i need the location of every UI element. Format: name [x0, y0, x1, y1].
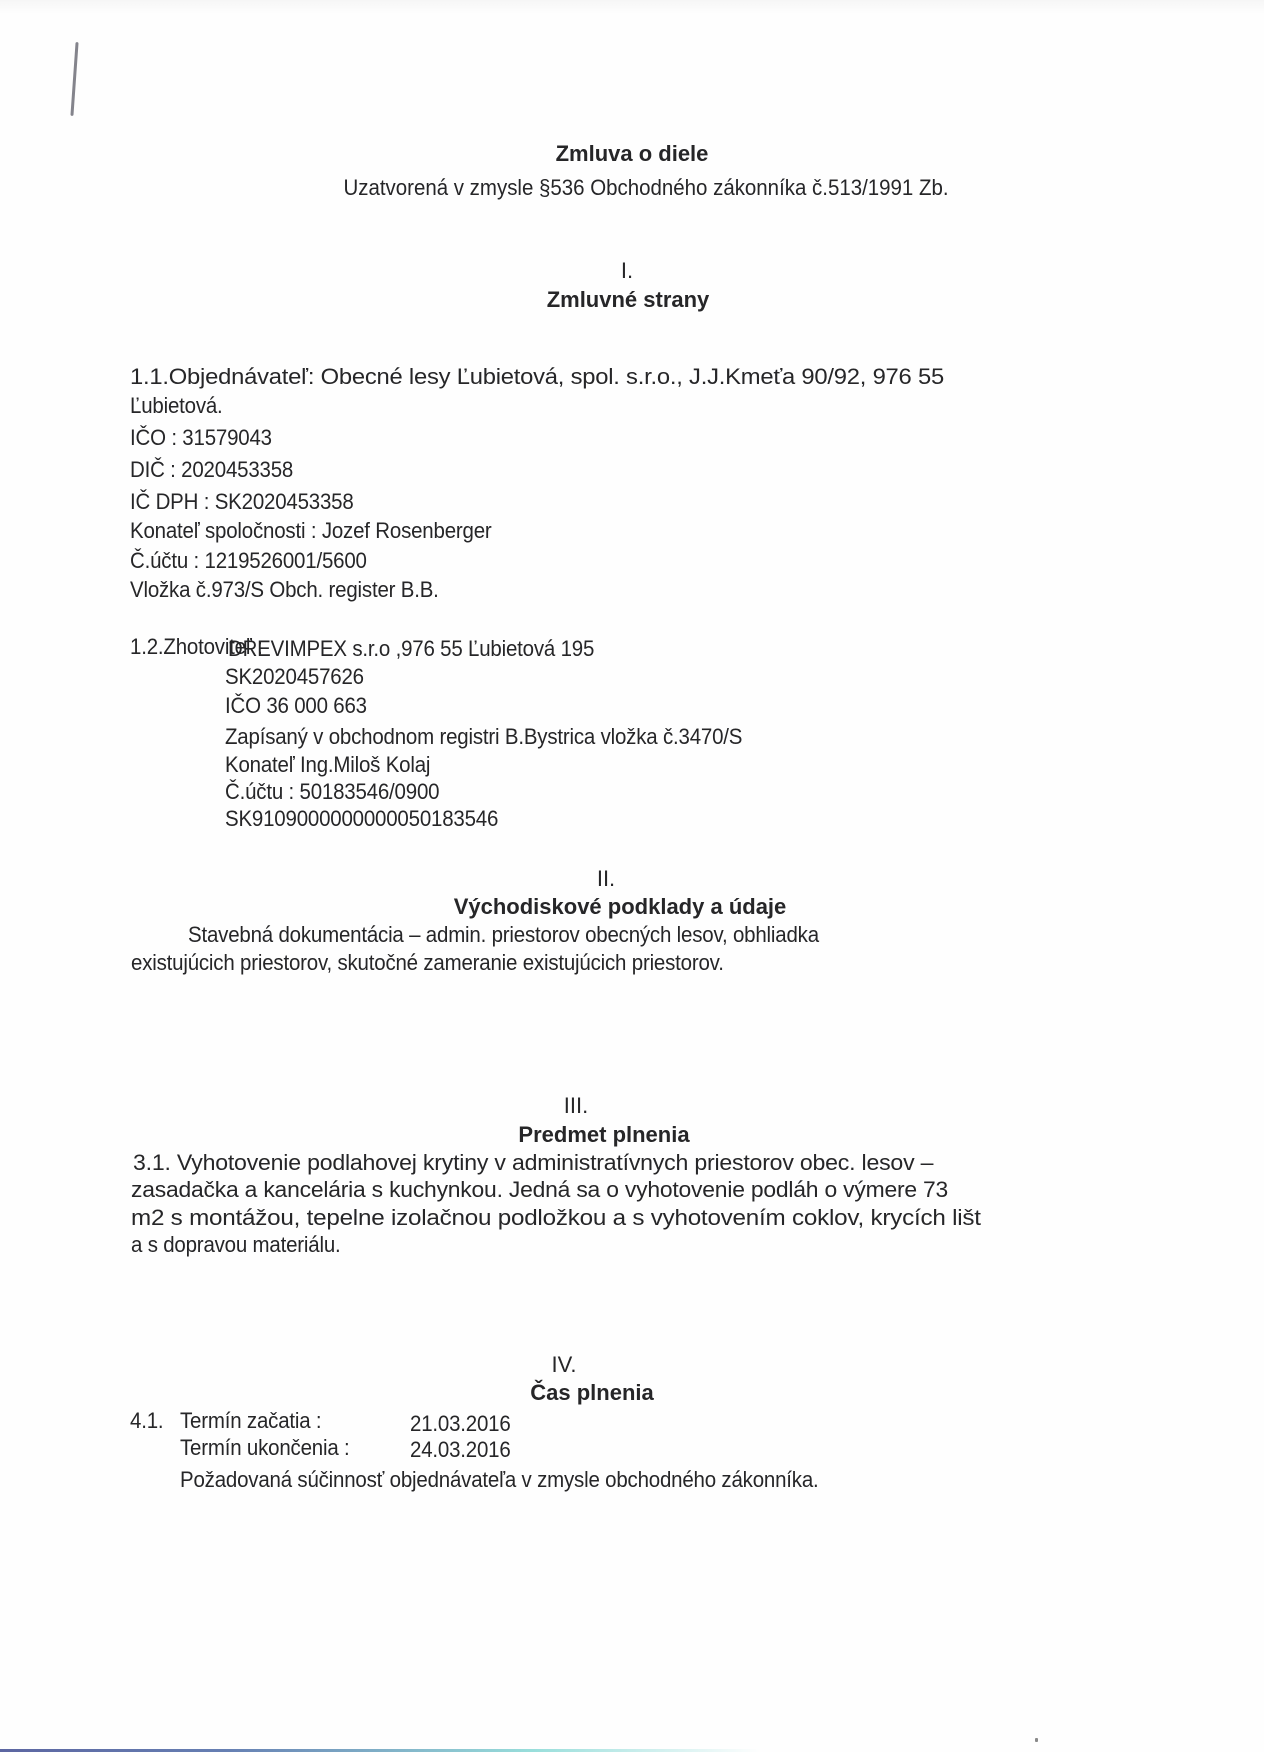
zhotovitel-ico: IČO 36 000 663: [225, 693, 367, 719]
objednavatel-vlozka: Vložka č.973/S Obch. register B.B.: [130, 577, 439, 603]
scan-speck: [1035, 1738, 1038, 1742]
objednavatel-ico: IČO : 31579043: [130, 425, 272, 451]
section-3-line-3: m2 s montážou, tepelne izolačnou podložk…: [131, 1205, 981, 1231]
objednavatel-ucet: Č.účtu : 1219526001/5600: [130, 548, 367, 574]
objednavatel-konatel: Konateľ spoločnosti : Jozef Rosenberger: [130, 518, 492, 544]
section-2-heading: Východiskové podklady a údaje: [0, 894, 1252, 920]
end-date-value: 24.03.2016: [410, 1437, 511, 1463]
section-3-line-4: a s dopravou materiálu.: [131, 1232, 341, 1258]
section-3-number: III.: [0, 1093, 1208, 1119]
objednavatel-line-1: 1.1.Objednávateľ: Obecné lesy Ľubietová,…: [130, 364, 944, 390]
zhotovitel-konatel: Konateľ Ing.Miloš Kolaj: [225, 752, 430, 778]
section-4-clause-number: 4.1.: [130, 1408, 163, 1434]
pen-mark: [70, 42, 78, 116]
document-subtitle: Uzatvorená v zmysle §536 Obchodného záko…: [58, 175, 1234, 201]
section-3-heading: Predmet plnenia: [0, 1122, 1236, 1148]
section-2-line-1: Stavebná dokumentácia – admin. priestoro…: [188, 922, 819, 948]
objednavatel-line-2: Ľubietová.: [130, 393, 223, 419]
zhotovitel-dic: SK2020457626: [225, 664, 364, 690]
section-2-line-2: existujúcich priestorov, skutočné zamera…: [131, 950, 724, 976]
section-1-number: I.: [0, 258, 1259, 284]
section-3-line-2: zasadačka a kancelária s kuchynkou. Jedn…: [131, 1177, 948, 1203]
end-date-label: Termín ukončenia :: [180, 1435, 350, 1461]
zhotovitel-name: DREVIMPEX s.r.o ,976 55 Ľubietová 195: [228, 636, 594, 662]
section-2-number: II.: [0, 866, 1238, 892]
objednavatel-ic-dph: IČ DPH : SK2020453358: [130, 489, 354, 515]
zhotovitel-register: Zapísaný v obchodnom registri B.Bystrica…: [225, 724, 742, 750]
section-4-number: IV.: [0, 1352, 1196, 1378]
zhotovitel-ucet: Č.účtu : 50183546/0900: [225, 779, 439, 805]
section-4-heading: Čas plnenia: [0, 1380, 1224, 1406]
zhotovitel-iban: SK9109000000000050183546: [225, 806, 498, 832]
document-title: Zmluva o diele: [0, 141, 1264, 167]
cooperation-note: Požadovaná súčinnosť objednávateľa v zmy…: [180, 1467, 819, 1493]
section-3-line-1: 3.1. Vyhotovenie podlahovej krytiny v ad…: [133, 1150, 933, 1176]
objednavatel-dic: DIČ : 2020453358: [130, 457, 293, 483]
section-1-heading: Zmluvné strany: [0, 287, 1260, 313]
start-date-label: Termín začatia :: [180, 1408, 321, 1434]
start-date-value: 21.03.2016: [410, 1411, 511, 1437]
scanned-page: Zmluva o diele Uzatvorená v zmysle §536 …: [0, 0, 1264, 1752]
